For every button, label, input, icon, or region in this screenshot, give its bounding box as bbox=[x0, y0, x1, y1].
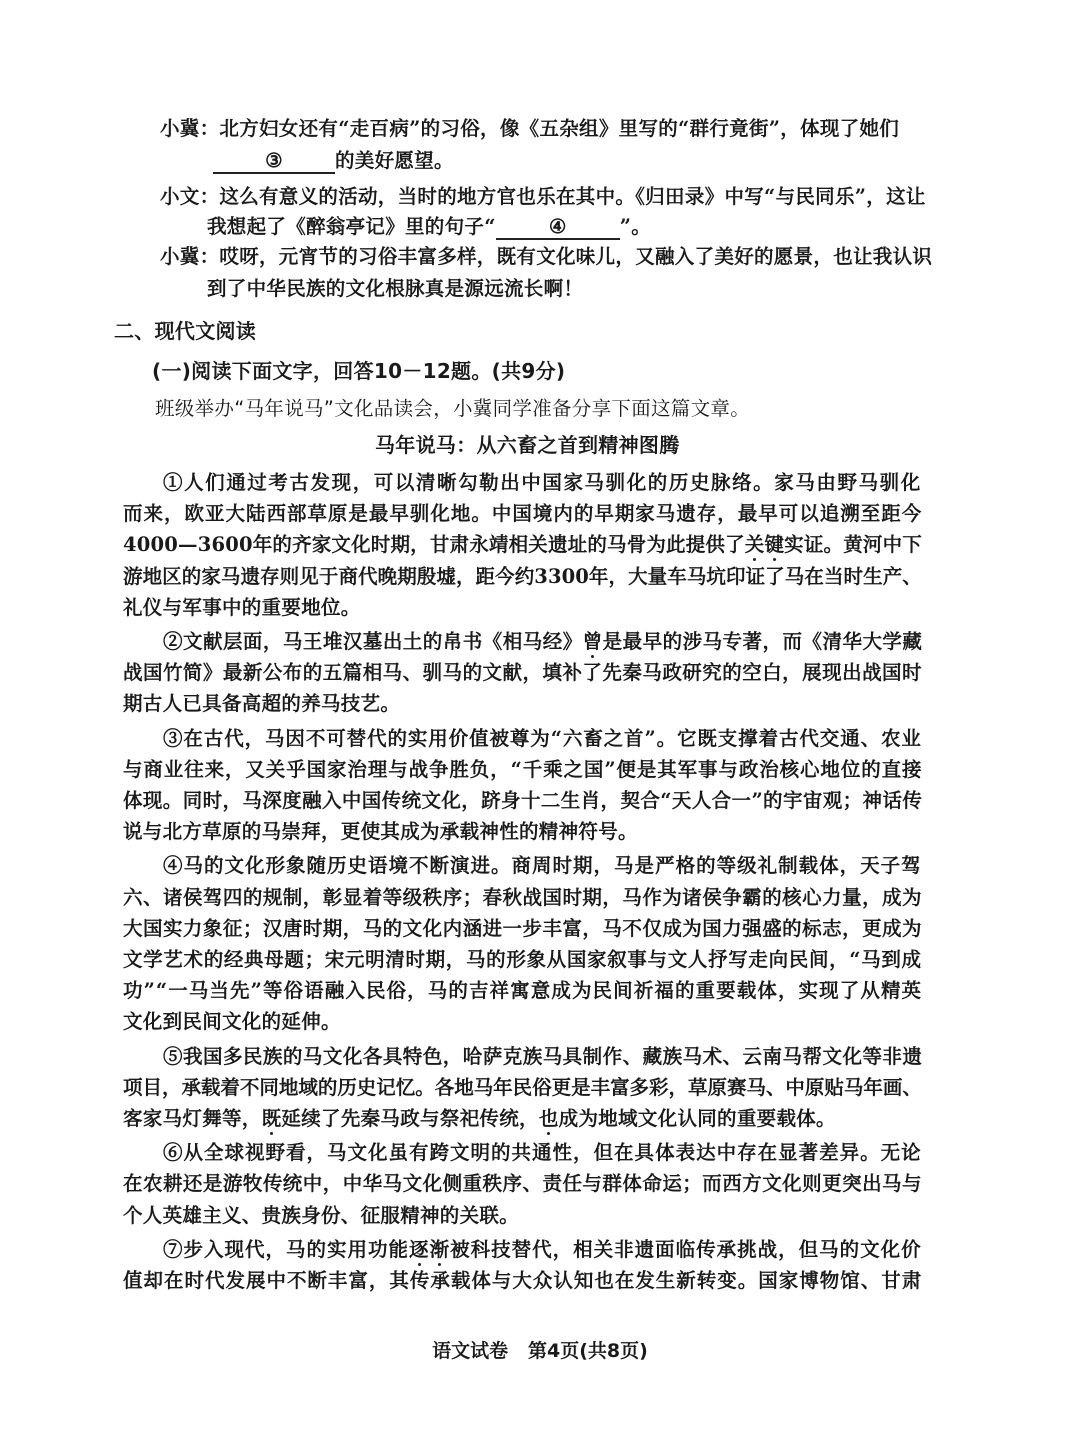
article-line: 项目，承载着不同地域的历史记忆。各地马年民俗更是丰富多彩，草原赛马、中原贴马年画… bbox=[123, 1075, 922, 1101]
question-instructions: (一)阅读下面文字，回答10－12题。(共9分) bbox=[152, 358, 565, 384]
article-line: ⑥从全球视野看，马文化虽有跨文明的共通性，但在具体表达中存在显著差异。无论 bbox=[163, 1140, 922, 1166]
article-line: 大国实力象征；汉唐时期，马的文化内涵进一步丰富，马不仅成为国力强盛的标志，更成为 bbox=[123, 916, 922, 942]
answer-blank-3[interactable]: ③ bbox=[213, 148, 335, 174]
answer-blank-4[interactable]: ④ bbox=[496, 214, 620, 240]
article-line: 功”“一马当先”等俗语融入民俗，马的吉祥寓意成为民间祈福的重要载体，实现了从精英 bbox=[123, 978, 922, 1004]
article-line: 六、诸侯驾四的规制，彰显着等级秩序；春秋战国时期，马作为诸侯争霸的核心力量，成为 bbox=[123, 885, 922, 911]
dialogue-line: 小文：这么有意义的活动，当时的地方官也乐在其中。《归田录》中写“与民同乐”，这让 bbox=[160, 184, 926, 210]
article-line: 在农耕还是游牧传统中，中华马文化侧重秩序、责任与群体命运；而西方文化则更突出马与 bbox=[123, 1171, 922, 1197]
article-line: 文化到民间文化的延伸。 bbox=[123, 1009, 341, 1035]
article-line: ①人们通过考古发现，可以清晰勾勒出中国家马驯化的历史脉络。家马由野马驯化 bbox=[163, 470, 922, 496]
article-line: 战国竹简》最新公布的五篇相马、驯马的文献，填补了先秦马政研究的空白，展现出战国时 bbox=[123, 660, 922, 686]
dialogue-line: 小冀：北方妇女还有“走百病”的习俗，像《五杂组》里写的“群行竟街”，体现了她们 bbox=[160, 116, 899, 142]
page-footer: 语文试卷 第4页(共8页) bbox=[0, 1336, 1080, 1363]
article-line: 值却在时代发展中不断丰富，其传承载体与大众认知也在发生新转变。国家博物馆、甘肃 bbox=[123, 1268, 922, 1294]
dialogue-line: ③的美好愿望。 bbox=[213, 148, 454, 174]
article-line: ②文献层面，马王堆汉墓出土的帛书《相马经》曾是最早的涉马专著，而《清华大学藏 bbox=[163, 629, 922, 655]
dialogue-line: 到了中华民族的文化根脉真是源远流长啊！ bbox=[207, 276, 583, 302]
article-line: ⑤我国多民族的马文化各具特色，哈萨克族马具制作、藏族马术、云南马帮文化等非遗 bbox=[163, 1044, 922, 1070]
article-line: 与商业往来，又关乎国家治理与战争胜负，“千乘之国”便是其军事与政治核心地位的直接 bbox=[123, 757, 922, 783]
article-line: 游地区的家马遗存则见于商代晚期殷墟，距今约3300年，大量车马坑印证了马在当时生… bbox=[123, 564, 922, 590]
article-line: 体现。同时，马深度融入中国传统文化，跻身十二生肖，契合“天人合一”的宇宙观；神话… bbox=[123, 788, 922, 814]
article-line: 礼仪与军事中的重要地位。 bbox=[123, 595, 361, 621]
dialogue-line: 我想起了《醉翁亭记》里的句子“④”。 bbox=[207, 214, 651, 240]
article-title: 马年说马：从六畜之首到精神图腾 bbox=[375, 432, 680, 458]
speaker: 小冀： bbox=[160, 117, 219, 140]
article-line: 客家马灯舞等，既延续了先秦马政与祭祀传统，也成为地域文化认同的重要载体。 bbox=[123, 1106, 836, 1132]
speaker: 小文： bbox=[160, 185, 219, 208]
emphasis-mark: 渐 bbox=[430, 1238, 451, 1261]
article-line: ③在古代，马因不可替代的实用价值被尊为“六畜之首”。它既支撑着古代交通、农业 bbox=[163, 726, 922, 752]
exam-page: 小冀：北方妇女还有“走百病”的习俗，像《五杂组》里写的“群行竟街”，体现了她们 … bbox=[0, 0, 1080, 1452]
article-line: 期古人已具备高超的养马技艺。 bbox=[123, 691, 400, 717]
article-line: 个人英雄主义、贵族身份、征服精神的关联。 bbox=[123, 1203, 519, 1229]
emphasis-mark: 曾 bbox=[583, 630, 603, 653]
article-line: 4000—3600年的齐家文化时期，甘肃永靖相关遗址的马骨为此提供了关键实证。黄… bbox=[123, 532, 922, 558]
article-line: 说与北方草原的马崇拜，更使其成为承载神性的精神符号。 bbox=[123, 819, 638, 845]
emphasis-mark: 关 bbox=[745, 533, 765, 556]
article-line: ④马的文化形象随历史语境不断演进。商周时期，马是严格的等级礼制载体，天子驾 bbox=[163, 853, 922, 879]
emphasis-mark: 也 bbox=[539, 1107, 559, 1130]
emphasis-mark: 键 bbox=[764, 533, 784, 556]
footer-page-info: 第4页(共8页) bbox=[528, 1340, 648, 1362]
emphasis-mark: 既 bbox=[262, 1107, 282, 1130]
footer-subject: 语文试卷 bbox=[432, 1340, 508, 1362]
section-heading: 二、现代文阅读 bbox=[114, 318, 256, 344]
article-line: 文学艺术的经典母题；宋元明清时期，马的形象从国家叙事与文人抒写走向民间，“马到成 bbox=[123, 947, 922, 973]
intro-text: 班级举办“马年说马”文化品读会，小冀同学准备分享下面这篇文章。 bbox=[155, 396, 750, 422]
article-line: 而来，欧亚大陆西部草原是最早驯化地。中国境内的早期家马遗存，最早可以追溯至距今 bbox=[123, 501, 922, 527]
dialogue-line: 小冀：哎呀，元宵节的习俗丰富多样，既有文化味儿，又融入了美好的愿景，也让我认识 bbox=[160, 244, 932, 270]
article-line: ⑦步入现代，马的实用功能逐渐被科技替代，相关非遗面临传承挑战，但马的文化价 bbox=[163, 1237, 922, 1263]
speaker: 小冀： bbox=[160, 245, 219, 268]
emphasis-mark: 逐 bbox=[409, 1238, 430, 1261]
